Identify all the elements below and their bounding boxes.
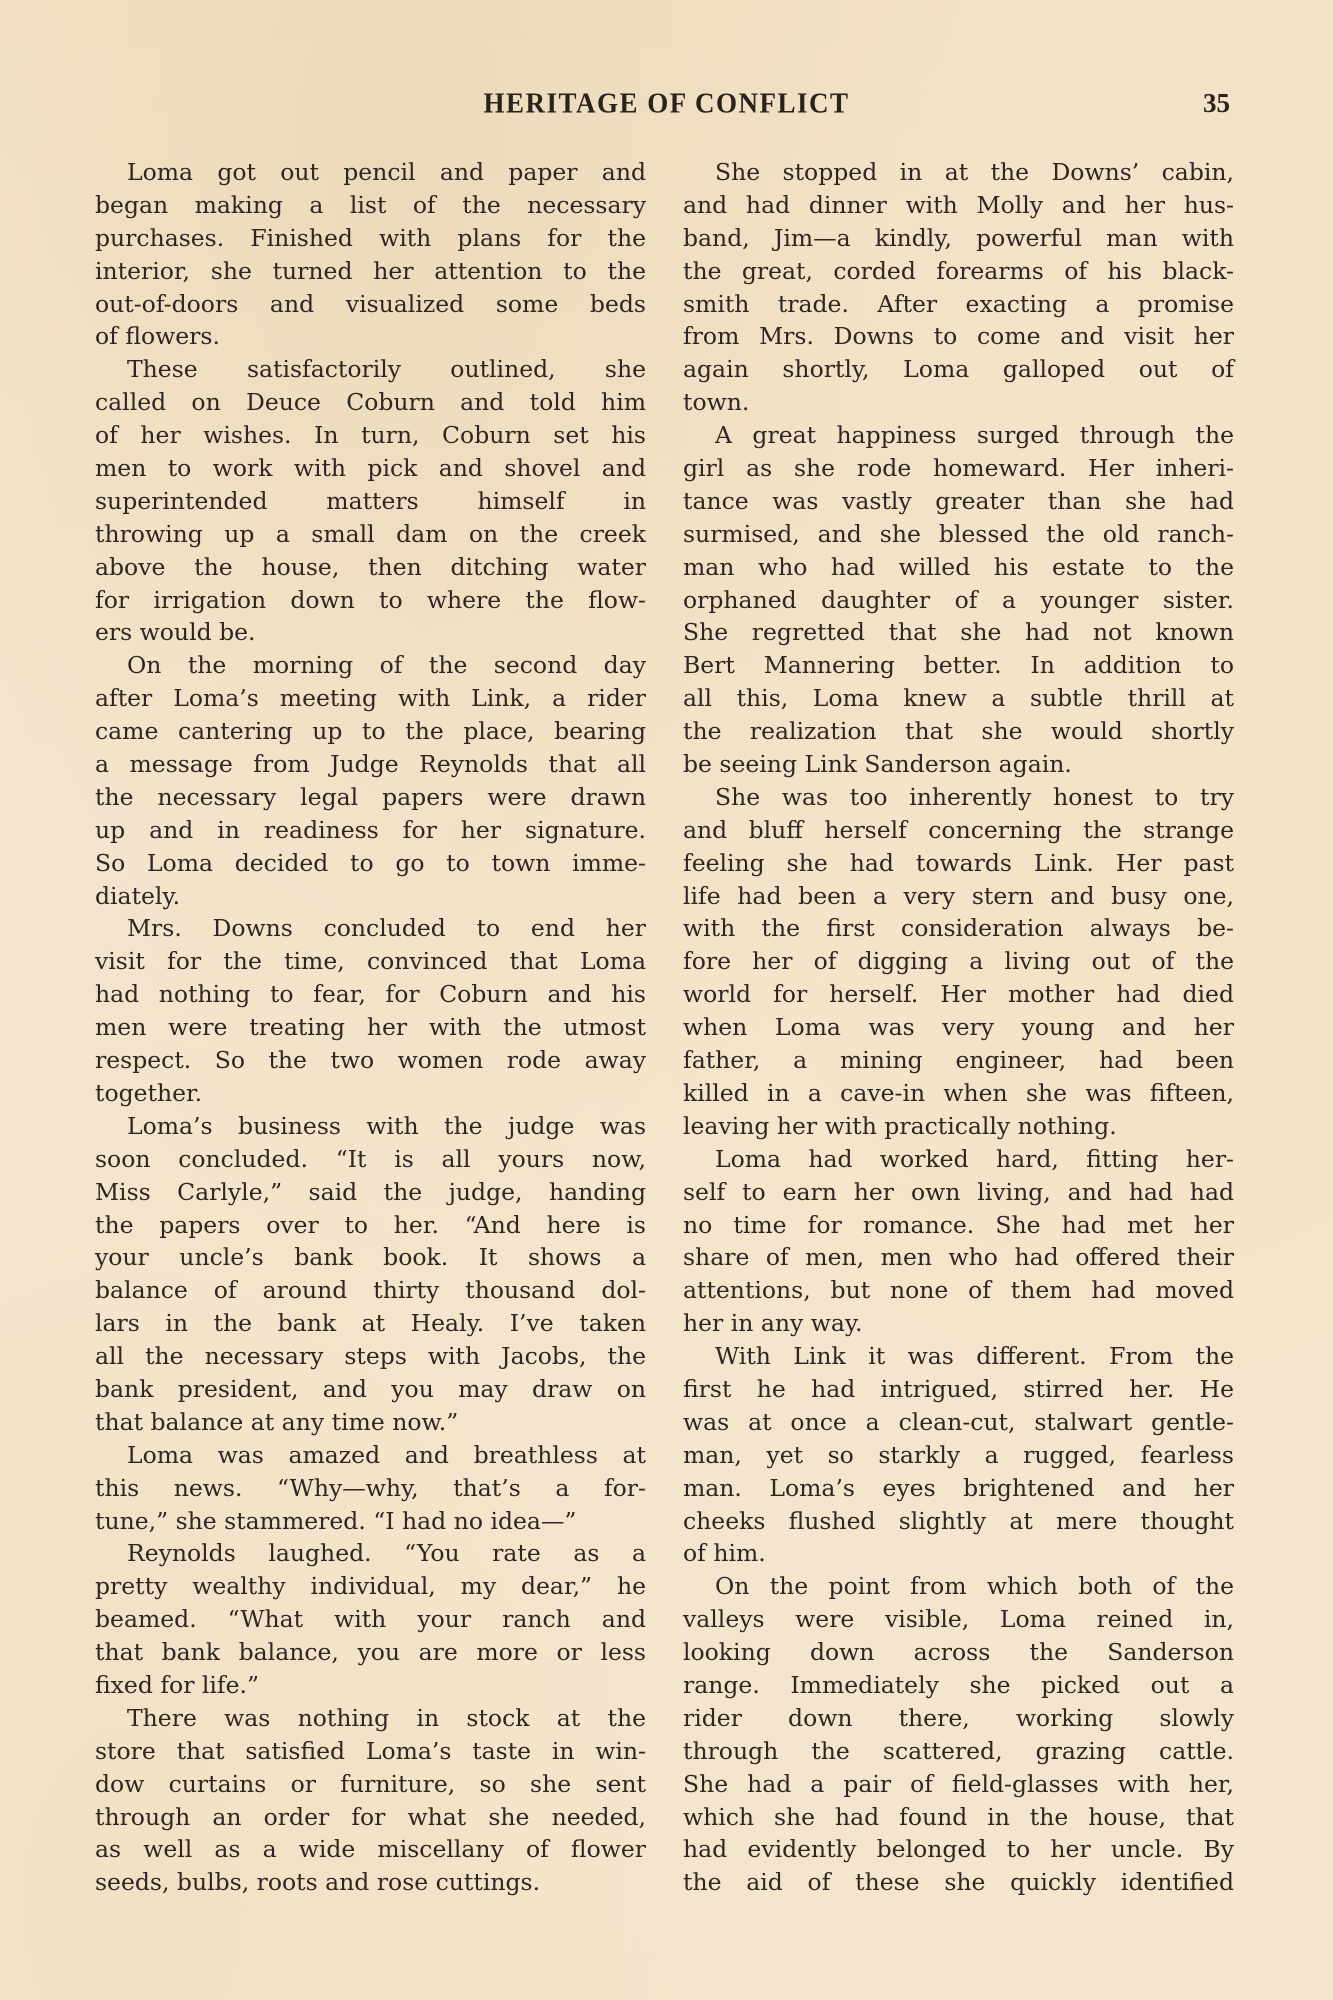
text-line: that bank balance, you are more or less [95,1636,646,1669]
text-line: her in any way. [683,1307,1234,1340]
text-line: fore her of digging a living out of the [683,945,1234,978]
text-line: men to work with pick and shovel and [95,452,646,485]
text-line: On the morning of the second day [95,649,646,682]
paragraph: Loma got out pencil and paper andbegan m… [95,156,646,353]
text-line: Loma was amazed and breathless at [95,1439,646,1472]
paragraph: There was nothing in stock at thestore t… [95,1702,646,1899]
text-line: pretty wealthy individual, my dear,” he [95,1570,646,1603]
text-line: man. Loma’s eyes brightened and her [683,1472,1234,1505]
text-line: band, Jim—a kindly, powerful man with [683,222,1234,255]
text-line: out-of-doors and visualized some beds [95,288,646,321]
text-line: Miss Carlyle,” said the judge, handing [95,1176,646,1209]
text-column-right: She stopped in at the Downs’ cabin,and h… [683,156,1234,1899]
text-line: that balance at any time now.” [95,1406,646,1439]
paragraph: Loma’s business with the judge wassoon c… [95,1110,646,1439]
text-line: lars in the bank at Healy. I’ve taken [95,1307,646,1340]
running-title: HERITAGE OF CONFLICT [0,87,1333,120]
text-line: together. [95,1077,646,1110]
text-line: rider down there, working slowly [683,1702,1234,1735]
text-line: all this, Loma knew a subtle thrill at [683,682,1234,715]
text-line: feeling she had towards Link. Her past [683,847,1234,880]
text-line: range. Immediately she picked out a [683,1669,1234,1702]
paragraph: Mrs. Downs concluded to end hervisit for… [95,912,646,1109]
text-line: soon concluded. “It is all yours now, [95,1143,646,1176]
text-line: Loma had worked hard, fitting her- [683,1143,1234,1176]
text-line: when Loma was very young and her [683,1011,1234,1044]
text-line: She regretted that she had not known [683,616,1234,649]
text-line: share of men, men who had offered their [683,1241,1234,1274]
text-line: So Loma decided to go to town imme- [95,847,646,880]
paragraph: Reynolds laughed. “You rate as apretty w… [95,1537,646,1701]
text-line: diately. [95,880,646,913]
text-line: called on Deuce Coburn and told him [95,386,646,419]
text-line: the realization that she would shortly [683,715,1234,748]
text-line: no time for romance. She had met her [683,1209,1234,1242]
text-line: as well as a wide miscellany of flower [95,1833,646,1866]
text-line: dow curtains or furniture, so she sent [95,1768,646,1801]
text-line: leaving her with practically nothing. [683,1110,1234,1143]
text-line: man, yet so starkly a rugged, fearless [683,1439,1234,1472]
text-line: of her wishes. In turn, Coburn set his [95,419,646,452]
text-line: came cantering up to the place, bearing [95,715,646,748]
text-line: through an order for what she needed, [95,1801,646,1834]
text-line: looking down across the Sanderson [683,1636,1234,1669]
text-line: ers would be. [95,616,646,649]
text-line: Bert Mannering better. In addition to [683,649,1234,682]
text-line: above the house, then ditching water [95,551,646,584]
text-line: Loma’s business with the judge was [95,1110,646,1143]
text-line: attentions, but none of them had moved [683,1274,1234,1307]
text-line: the papers over to her. “And here is [95,1209,646,1242]
text-line: town. [683,386,1234,419]
text-line: These satisfactorily outlined, she [95,353,646,386]
text-line: up and in readiness for her signature. [95,814,646,847]
page-number: 35 [1203,88,1230,119]
paragraph: Loma was amazed and breathless atthis ne… [95,1439,646,1538]
text-line: She was too inherently honest to try [683,781,1234,814]
text-line: all the necessary steps with Jacobs, the [95,1340,646,1373]
text-line: for irrigation down to where the flow- [95,584,646,617]
text-line: She stopped in at the Downs’ cabin, [683,156,1234,189]
text-line: cheeks flushed slightly at mere thought [683,1505,1234,1538]
text-line: store that satisfied Loma’s taste in win… [95,1735,646,1768]
text-line: tance was vastly greater than she had [683,485,1234,518]
text-line: On the point from which both of the [683,1570,1234,1603]
paragraph: She was too inherently honest to tryand … [683,781,1234,1143]
text-line: purchases. Finished with plans for the [95,222,646,255]
text-line: fixed for life.” [95,1669,646,1702]
text-line: visit for the time, convinced that Loma [95,945,646,978]
text-line: which she had found in the house, that [683,1801,1234,1834]
text-line: from Mrs. Downs to come and visit her [683,320,1234,353]
text-line: killed in a cave-in when she was fifteen… [683,1077,1234,1110]
text-line: men were treating her with the utmost [95,1011,646,1044]
text-line: had evidently belonged to her uncle. By [683,1833,1234,1866]
text-line: self to earn her own living, and had had [683,1176,1234,1209]
text-line: tune,” she stammered. “I had no idea—” [95,1505,646,1538]
text-line: through the scattered, grazing cattle. [683,1735,1234,1768]
text-line: valleys were visible, Loma reined in, [683,1603,1234,1636]
text-column-left: Loma got out pencil and paper andbegan m… [95,156,646,1899]
text-line: man who had willed his estate to the [683,551,1234,584]
paragraph: These satisfactorily outlined, shecalled… [95,353,646,649]
paragraph: Loma had worked hard, fitting her-self t… [683,1143,1234,1340]
text-line: again shortly, Loma galloped out of [683,353,1234,386]
text-line: beamed. “What with your ranch and [95,1603,646,1636]
text-line: of flowers. [95,320,646,353]
running-head: HERITAGE OF CONFLICT 35 [0,88,1333,128]
text-line: world for herself. Her mother had died [683,978,1234,1011]
text-line: father, a mining engineer, had been [683,1044,1234,1077]
text-line: had nothing to fear, for Coburn and his [95,978,646,1011]
text-line: interior, she turned her attention to th… [95,255,646,288]
text-line: and bluff herself concerning the strange [683,814,1234,847]
text-line: after Loma’s meeting with Link, a rider [95,682,646,715]
text-line: the necessary legal papers were drawn [95,781,646,814]
text-line: this news. “Why—why, that’s a for- [95,1472,646,1505]
text-line: the aid of these she quickly identified [683,1866,1234,1899]
paragraph: She stopped in at the Downs’ cabin,and h… [683,156,1234,419]
paragraph: With Link it was different. From thefirs… [683,1340,1234,1570]
text-line: respect. So the two women rode away [95,1044,646,1077]
text-line: throwing up a small dam on the creek [95,518,646,551]
text-line: of him. [683,1537,1234,1570]
text-line: smith trade. After exacting a promise [683,288,1234,321]
text-line: your uncle’s bank book. It shows a [95,1241,646,1274]
paragraph: On the point from which both of thevalle… [683,1570,1234,1899]
text-line: With Link it was different. From the [683,1340,1234,1373]
text-line: the great, corded forearms of his black- [683,255,1234,288]
text-line: bank president, and you may draw on [95,1373,646,1406]
text-line: orphaned daughter of a younger sister. [683,584,1234,617]
text-line: Loma got out pencil and paper and [95,156,646,189]
text-line: first he had intrigued, stirred her. He [683,1373,1234,1406]
text-line: There was nothing in stock at the [95,1702,646,1735]
text-line: surmised, and she blessed the old ranch- [683,518,1234,551]
text-line: balance of around thirty thousand dol- [95,1274,646,1307]
text-line: began making a list of the necessary [95,189,646,222]
text-line: She had a pair of field-glasses with her… [683,1768,1234,1801]
text-line: Mrs. Downs concluded to end her [95,912,646,945]
text-line: A great happiness surged through the [683,419,1234,452]
text-line: and had dinner with Molly and her hus- [683,189,1234,222]
text-line: with the first consideration always be- [683,912,1234,945]
text-line: girl as she rode homeward. Her inheri- [683,452,1234,485]
text-line: seeds, bulbs, roots and rose cuttings. [95,1866,646,1899]
paragraph: A great happiness surged through thegirl… [683,419,1234,781]
text-line: Reynolds laughed. “You rate as a [95,1537,646,1570]
text-line: superintended matters himself in [95,485,646,518]
text-line: was at once a clean-cut, stalwart gentle… [683,1406,1234,1439]
text-line: life had been a very stern and busy one, [683,880,1234,913]
text-line: a message from Judge Reynolds that all [95,748,646,781]
text-line: be seeing Link Sanderson again. [683,748,1234,781]
paragraph: On the morning of the second dayafter Lo… [95,649,646,912]
